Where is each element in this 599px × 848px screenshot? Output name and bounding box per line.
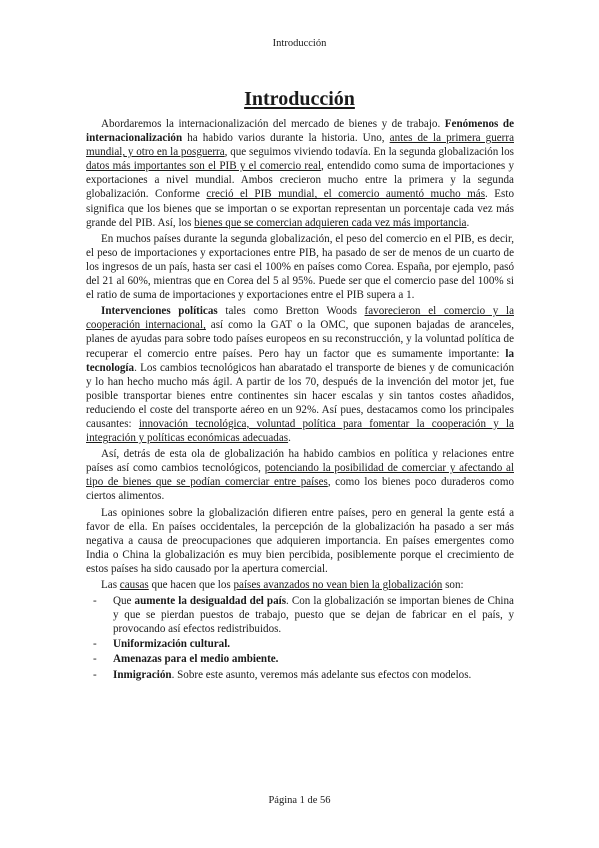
paragraph-intro: Abordaremos la internacionalización del … [86,117,514,230]
bold-term: Intervenciones políticas [101,305,218,317]
text-run: Abordaremos la internacionalización del … [101,118,445,130]
list-item: Que aumente la desigualdad del país. Con… [86,594,514,636]
underlined-phrase: innovación tecnológica, voluntad polític… [86,418,514,444]
paragraph-opinions: Las opiniones sobre la globalización dif… [86,506,514,576]
page-title-text: Introducción [244,88,355,110]
text-run: que hacen que los [149,579,234,591]
list-item: Inmigración. Sobre este asunto, veremos … [86,668,514,682]
running-header: Introducción [0,38,599,49]
page-title: Introducción [0,88,599,111]
bold-term: Amenazas para el medio ambiente. [113,653,278,665]
underlined-phrase: causas [120,579,149,591]
list-item: Amenazas para el medio ambiente. [86,652,514,666]
text-run: Que [113,595,135,607]
paragraph-causes-intro: Las causas que hacen que los países avan… [86,578,514,592]
text-run: Las [101,579,120,591]
paragraph-political-interventions: Intervenciones políticas tales como Bret… [86,304,514,445]
paragraph-trade-weight: En muchos países durante la segunda glob… [86,232,514,302]
paragraph-changes: Así, detrás de esta ola de globalización… [86,447,514,503]
text-run: . [288,432,291,444]
underlined-phrase: bienes que se comercian adquieren cada v… [194,217,466,229]
page-number: Página 1 de 56 [0,795,599,806]
text-run: ha habido varios durante la historia. Un… [182,132,390,144]
text-run: tales como Bretton Woods [218,305,365,317]
text-run: . Sobre este asunto, veremos más adelant… [172,669,472,681]
text-run: son: [442,579,463,591]
list-item: Uniformización cultural. [86,637,514,651]
underlined-phrase: países avanzados no vean bien la globali… [233,579,442,591]
underlined-phrase: creció el PIB mundial, el comercio aumen… [206,188,485,200]
bold-term: Inmigración [113,669,172,681]
bold-term: Uniformización cultural. [113,638,230,650]
causes-list: Que aumente la desigualdad del país. Con… [86,594,514,682]
text-run: . [466,217,469,229]
underlined-phrase: datos más importantes son el PIB y el co… [86,160,321,172]
bold-term: aumente la desigualdad del país [135,595,286,607]
document-body: Abordaremos la internacionalización del … [86,117,514,683]
text-run: , que seguimos viviendo todavía. En la s… [225,146,514,158]
